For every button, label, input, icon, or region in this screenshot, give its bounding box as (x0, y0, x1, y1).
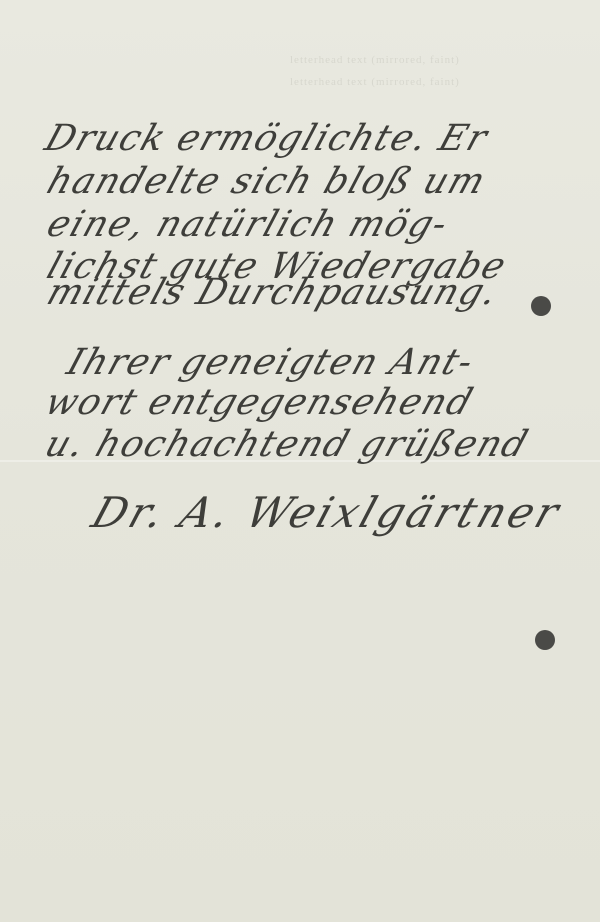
punch-hole (535, 630, 555, 650)
handwritten-line: eine, natürlich mög- (42, 204, 454, 245)
handwritten-line: Ihrer geneigten Ant- (62, 342, 480, 383)
show-through-text: letterhead text (mirrored, faint) (290, 54, 460, 66)
handwritten-line: handelte sich bloß um (42, 161, 492, 202)
letter-page: letterhead text (mirrored, faint) letter… (0, 0, 600, 922)
punch-hole (531, 296, 551, 316)
handwritten-line: Druck ermöglichte. Er (40, 118, 493, 159)
handwritten-line: u. hochachtend grüßend (40, 424, 534, 465)
show-through-text: letterhead text (mirrored, faint) (290, 76, 460, 88)
handwritten-line: wort entgegensehend (40, 382, 479, 423)
handwritten-line: mittels Durchpausung. (42, 272, 504, 313)
signature: Dr. A. Weixlgärtner (86, 488, 568, 537)
